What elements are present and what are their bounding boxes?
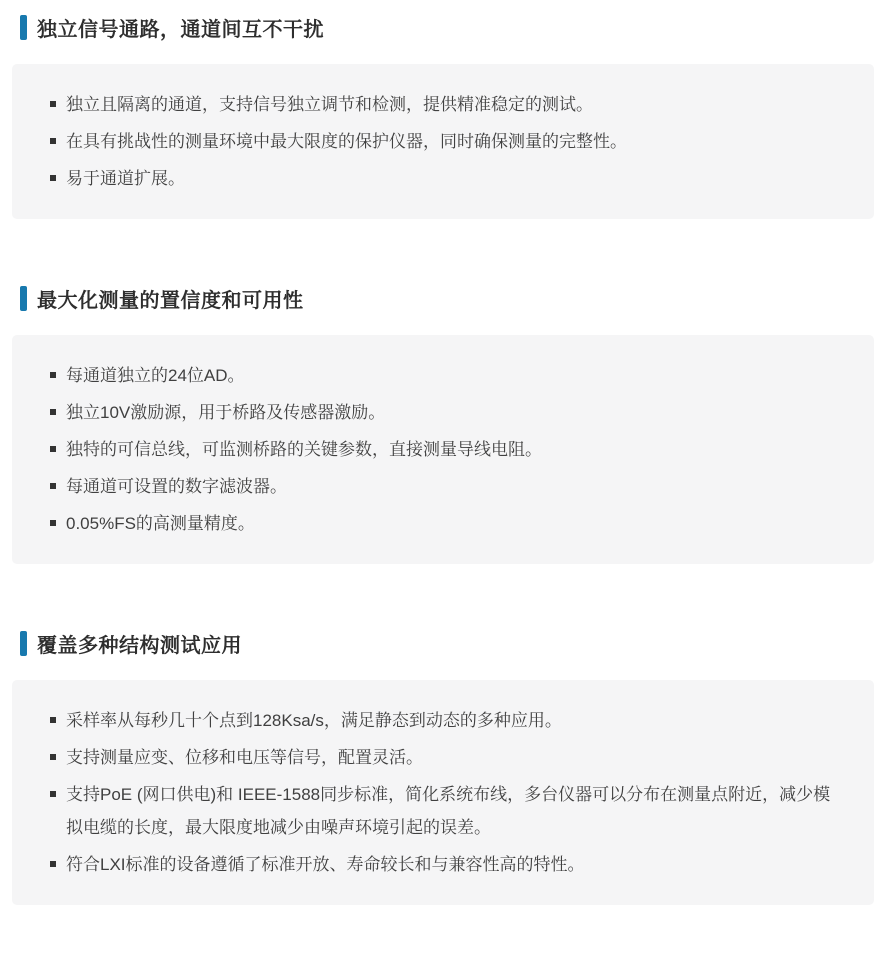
bullet-text: 支持测量应变、位移和电压等信号，配置灵活。: [66, 748, 423, 767]
bullet-square-icon: [50, 754, 56, 760]
bullet-item: 支持PoE (网口供电)和 IEEE-1588同步标准，简化系统布线，多台仪器可…: [50, 778, 838, 844]
bullet-square-icon: [50, 138, 56, 144]
section-title: 独立信号通路，通道间互不干扰: [37, 13, 324, 42]
bullet-item: 0.05%FS的高测量精度。: [50, 507, 838, 540]
bullet-square-icon: [50, 520, 56, 526]
feature-box: 独立且隔离的通道，支持信号独立调节和检测，提供精准稳定的测试。在具有挑战性的测量…: [12, 64, 874, 219]
bullet-item: 采样率从每秒几十个点到128Ksa/s，满足静态到动态的多种应用。: [50, 704, 838, 737]
bullet-square-icon: [50, 101, 56, 107]
section-heading: 独立信号通路，通道间互不干扰: [20, 14, 860, 40]
section-measurement-confidence: 最大化测量的置信度和可用性 每通道独立的24位AD。独立10V激励源，用于桥路及…: [0, 285, 880, 564]
bullet-item: 独立10V激励源，用于桥路及传感器激励。: [50, 396, 838, 429]
feature-list: 独立且隔离的通道，支持信号独立调节和检测，提供精准稳定的测试。在具有挑战性的测量…: [50, 88, 838, 195]
accent-bar-icon: [20, 286, 27, 311]
bullet-item: 独特的可信总线，可监测桥路的关键参数，直接测量导线电阻。: [50, 433, 838, 466]
bullet-text: 独特的可信总线，可监测桥路的关键参数，直接测量导线电阻。: [66, 440, 542, 459]
section-heading: 最大化测量的置信度和可用性: [20, 285, 860, 311]
bullet-item: 易于通道扩展。: [50, 162, 838, 195]
bullet-square-icon: [50, 717, 56, 723]
feature-list: 每通道独立的24位AD。独立10V激励源，用于桥路及传感器激励。独特的可信总线，…: [50, 359, 838, 540]
bullet-text: 独立且隔离的通道，支持信号独立调节和检测，提供精准稳定的测试。: [66, 95, 593, 114]
bullet-item: 在具有挑战性的测量环境中最大限度的保护仪器，同时确保测量的完整性。: [50, 125, 838, 158]
bullet-text: 每通道独立的24位AD。: [66, 366, 245, 385]
section-title: 最大化测量的置信度和可用性: [37, 284, 304, 313]
bullet-square-icon: [50, 446, 56, 452]
feature-list: 采样率从每秒几十个点到128Ksa/s，满足静态到动态的多种应用。支持测量应变、…: [50, 704, 838, 881]
bullet-square-icon: [50, 861, 56, 867]
accent-bar-icon: [20, 15, 27, 40]
bullet-square-icon: [50, 791, 56, 797]
bullet-text: 0.05%FS的高测量精度。: [66, 514, 255, 533]
bullet-text: 采样率从每秒几十个点到128Ksa/s，满足静态到动态的多种应用。: [66, 711, 562, 730]
bullet-square-icon: [50, 175, 56, 181]
feature-page: 独立信号通路，通道间互不干扰 独立且隔离的通道，支持信号独立调节和检测，提供精准…: [0, 0, 880, 966]
bullet-square-icon: [50, 483, 56, 489]
bullet-item: 每通道独立的24位AD。: [50, 359, 838, 392]
bullet-text: 易于通道扩展。: [66, 169, 185, 188]
bullet-square-icon: [50, 409, 56, 415]
accent-bar-icon: [20, 631, 27, 656]
bullet-text: 在具有挑战性的测量环境中最大限度的保护仪器，同时确保测量的完整性。: [66, 132, 627, 151]
bullet-item: 符合LXI标准的设备遵循了标准开放、寿命较长和与兼容性高的特性。: [50, 848, 838, 881]
bullet-item: 支持测量应变、位移和电压等信号，配置灵活。: [50, 741, 838, 774]
bullet-item: 独立且隔离的通道，支持信号独立调节和检测，提供精准稳定的测试。: [50, 88, 838, 121]
bullet-item: 每通道可设置的数字滤波器。: [50, 470, 838, 503]
bullet-text: 独立10V激励源，用于桥路及传感器激励。: [66, 403, 385, 422]
section-heading: 覆盖多种结构测试应用: [20, 630, 860, 656]
section-title: 覆盖多种结构测试应用: [37, 629, 242, 658]
bullet-text: 符合LXI标准的设备遵循了标准开放、寿命较长和与兼容性高的特性。: [66, 855, 585, 874]
bullet-square-icon: [50, 372, 56, 378]
feature-box: 采样率从每秒几十个点到128Ksa/s，满足静态到动态的多种应用。支持测量应变、…: [12, 680, 874, 905]
section-structural-test-applications: 覆盖多种结构测试应用 采样率从每秒几十个点到128Ksa/s，满足静态到动态的多…: [0, 630, 880, 905]
feature-box: 每通道独立的24位AD。独立10V激励源，用于桥路及传感器激励。独特的可信总线，…: [12, 335, 874, 564]
section-independent-channels: 独立信号通路，通道间互不干扰 独立且隔离的通道，支持信号独立调节和检测，提供精准…: [0, 14, 880, 219]
bullet-text: 每通道可设置的数字滤波器。: [66, 477, 287, 496]
bullet-text: 支持PoE (网口供电)和 IEEE-1588同步标准，简化系统布线，多台仪器可…: [66, 785, 830, 837]
